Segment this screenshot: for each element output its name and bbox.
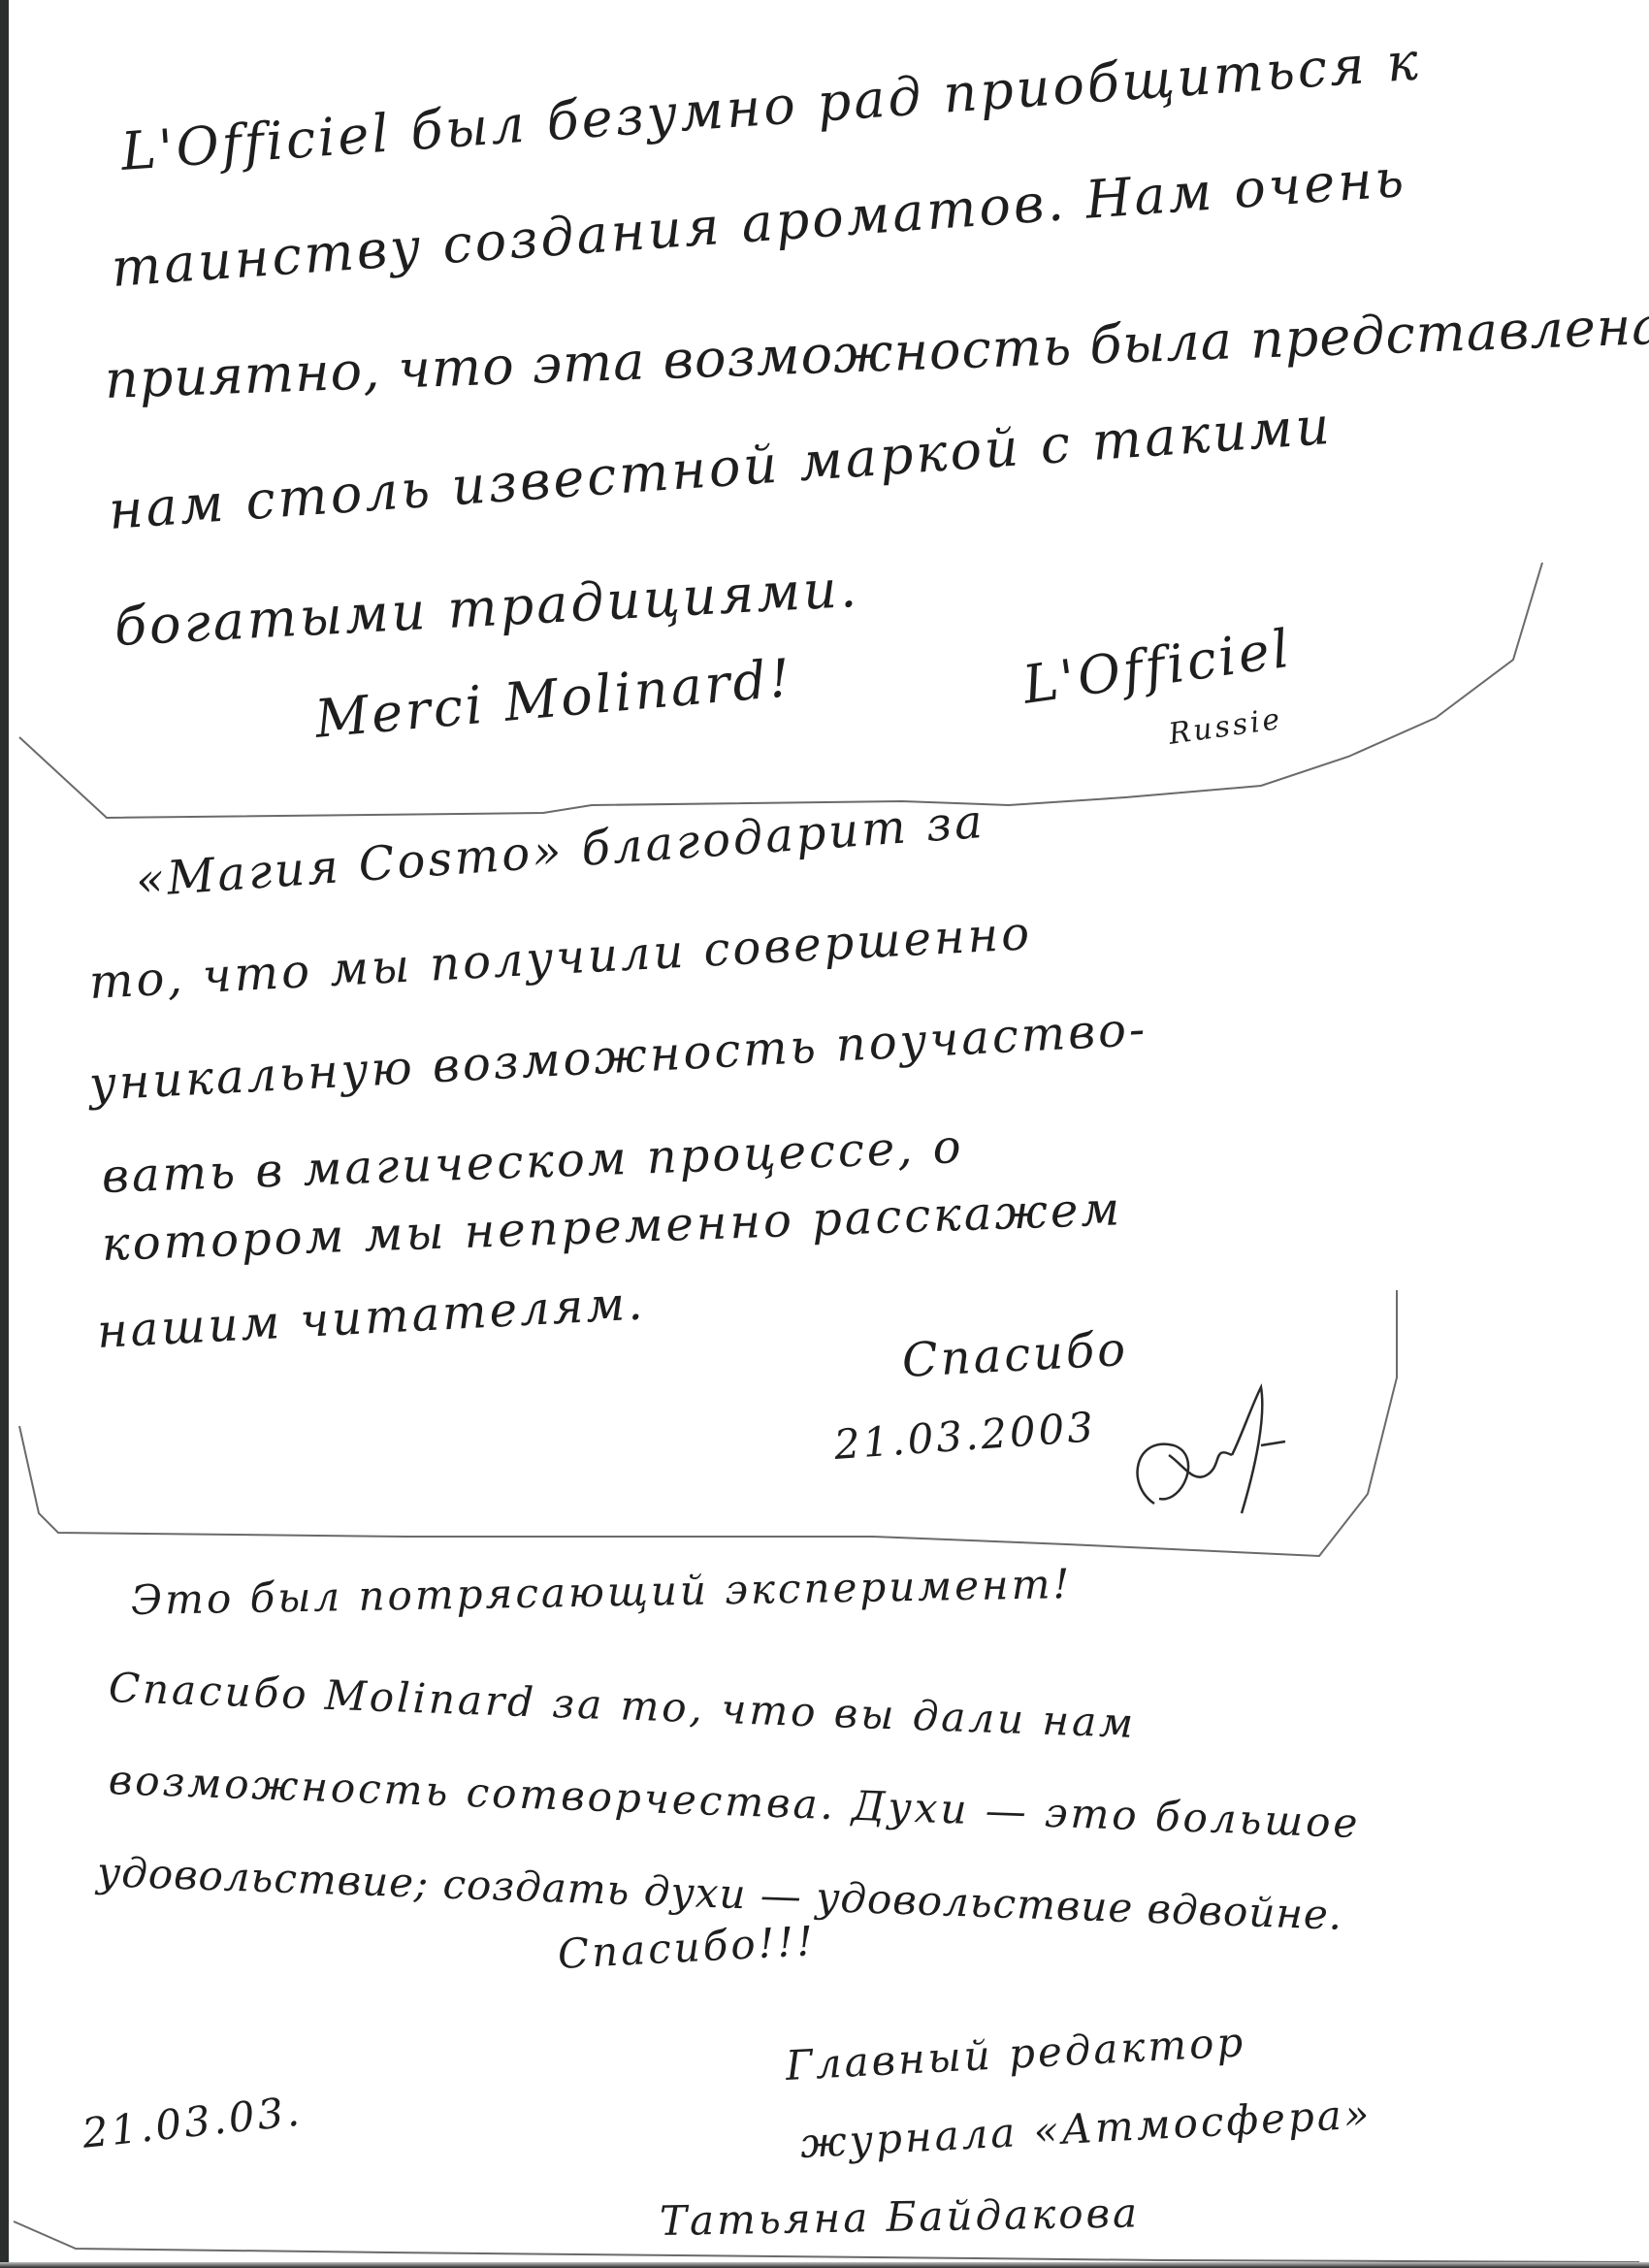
date-text: 21.03.2003 (832, 1403, 1097, 1469)
scan-border-left (0, 0, 9, 2268)
handwritten-line: возможность сотворчества. Духи — это бол… (108, 1756, 1361, 1847)
handwritten-line: таинству создания ароматов. Нам очень (110, 147, 1408, 299)
handwritten-line: «Магия Cosmo» благодарит за (134, 794, 986, 908)
scan-border-bottom (0, 2262, 1649, 2268)
signature-name: Татьяна Байдакова (660, 2188, 1141, 2245)
handwritten-line: Спасибо Molinard за то, что вы дали нам (108, 1664, 1137, 1747)
signature-text: L'Officiel (1019, 617, 1296, 715)
handwritten-line: нашим читателям. (96, 1276, 647, 1359)
signature-subtext: Russie (1167, 702, 1285, 752)
closing-text: Спасибо (901, 1322, 1130, 1388)
handwritten-line: Это был потрясающий эксперимент! (131, 1560, 1073, 1624)
closing-text: Спасибо!!! (557, 1917, 818, 1978)
signature-title: журнала «Атмосфера» (799, 2090, 1374, 2167)
signature-scribble-icon (1115, 1377, 1348, 1533)
date-text: 21.03.03. (80, 2087, 304, 2157)
handwritten-line: приятно, что эта возможность была предст… (104, 295, 1649, 410)
handwritten-line: богатыми традициями. (113, 558, 860, 658)
handwritten-line: нам столь известной маркой с такими (107, 395, 1335, 541)
signature-title: Главный редактор (785, 2018, 1247, 2090)
handwritten-line: то, что мы получили совершенно (88, 906, 1034, 1010)
closing-text: Merci Molinard! (312, 647, 795, 750)
handwritten-line: уникальную возможность поучаство- (88, 1002, 1149, 1112)
